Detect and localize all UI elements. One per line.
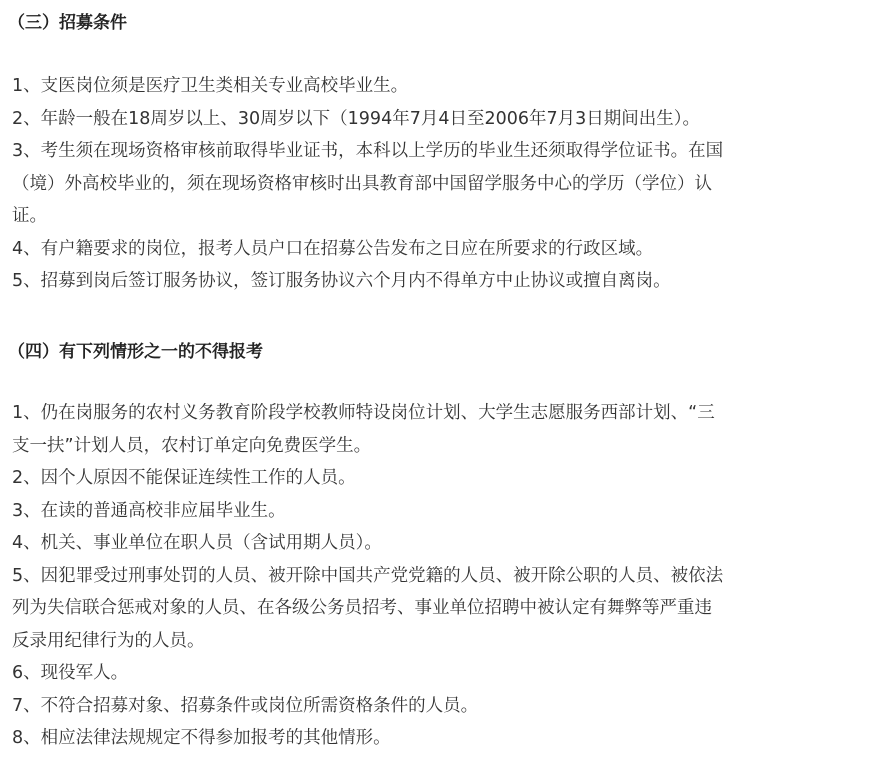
disqualifications-list: 1、仍在岗服务的农村义务教育阶段学校教师特设岗位计划、大学生志愿服务西部计划、“… [12,397,764,755]
disqualification-item-8: 8、相应法律法规规定不得参加报考的其他情形。 [12,722,764,755]
document-page: （三）招募条件 1、支医岗位须是医疗卫生类相关专业高校毕业生。 2、年龄一般在1… [0,0,872,758]
disqualification-item-4: 4、机关、事业单位在职人员（含试用期人员）。 [12,527,764,560]
disqualification-item-5-line-1: 5、因犯罪受过刑事处罚的人员、被开除中国共产党党籍的人员、被开除公职的人员、被依… [12,560,764,593]
disqualification-item-2: 2、因个人原因不能保证连续性工作的人员。 [12,462,764,495]
recruitment-conditions-list: 1、支医岗位须是医疗卫生类相关专业高校毕业生。 2、年龄一般在18周岁以上、30… [12,70,764,298]
condition-item-1: 1、支医岗位须是医疗卫生类相关专业高校毕业生。 [12,70,764,103]
disqualification-item-6: 6、现役军人。 [12,657,764,690]
condition-item-4: 4、有户籍要求的岗位，报考人员户口在招募公告发布之日应在所要求的行政区域。 [12,233,764,266]
disqualification-item-3: 3、在读的普通高校非应届毕业生。 [12,495,764,528]
condition-item-3-line-2: （境）外高校毕业的，须在现场资格审核时出具教育部中国留学服务中心的学历（学位）认 [12,168,764,201]
disqualification-item-1-line-1: 1、仍在岗服务的农村义务教育阶段学校教师特设岗位计划、大学生志愿服务西部计划、“… [12,397,764,430]
section-heading-disqualifications: （四）有下列情形之一的不得报考 [8,337,263,362]
disqualification-item-1-line-2: 支一扶”计划人员，农村订单定向免费医学生。 [12,430,764,463]
section-heading-recruitment-conditions: （三）招募条件 [8,8,127,33]
condition-item-5: 5、招募到岗后签订服务协议，签订服务协议六个月内不得单方中止协议或擅自离岗。 [12,265,764,298]
disqualification-item-7: 7、不符合招募对象、招募条件或岗位所需资格条件的人员。 [12,690,764,723]
disqualification-item-5-line-2: 列为失信联合惩戒对象的人员、在各级公务员招考、事业单位招聘中被认定有舞弊等严重违 [12,592,764,625]
condition-item-3-line-1: 3、考生须在现场资格审核前取得毕业证书，本科以上学历的毕业生还须取得学位证书。在… [12,135,764,168]
condition-item-3-line-3: 证。 [12,200,764,233]
condition-item-2: 2、年龄一般在18周岁以上、30周岁以下（1994年7月4日至2006年7月3日… [12,103,764,136]
disqualification-item-5-line-3: 反录用纪律行为的人员。 [12,625,764,658]
